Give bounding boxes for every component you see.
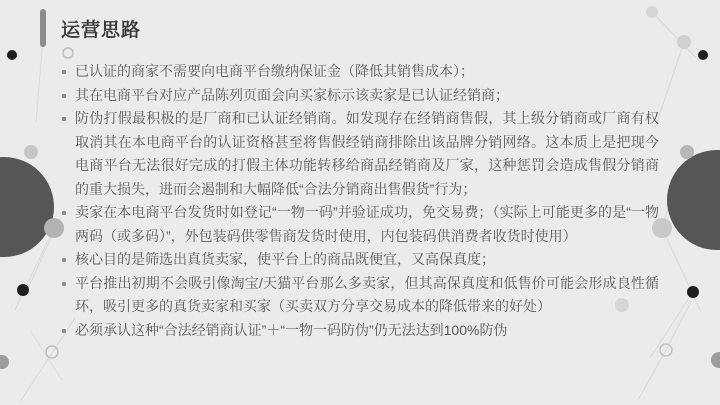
decor-line bbox=[30, 330, 62, 380]
page-title: 运营思路 bbox=[61, 15, 141, 42]
bullet-dot-icon bbox=[62, 70, 66, 74]
title-accent-bar bbox=[40, 9, 46, 47]
bullet-dot-icon bbox=[62, 117, 66, 121]
bullet-dot-icon bbox=[62, 211, 66, 215]
bullet-text: 核心目的是筛选出真货卖家，使平台上的商品既便宜，又高保真度； bbox=[75, 251, 495, 267]
bullet-text: 防伪打假最积极的是厂商和已认证经销商。如发现存在经销商售假，其上级分销商或厂商有… bbox=[75, 110, 659, 197]
decor-dark-circle bbox=[667, 150, 720, 250]
decor-gray-dot-icon bbox=[0, 355, 9, 369]
decor-black-dot-icon bbox=[698, 50, 708, 60]
slide: 运营思路 已认证的商家不需要向电商平台缴纳保证金（降低其销售成本）； 其在电商平… bbox=[0, 0, 720, 405]
bullet-text: 卖家在本电商平台发货时如登记“一物一码”并验证成功，免交易费；（实际上可能更多的… bbox=[75, 204, 659, 244]
decor-gray-dot-icon bbox=[680, 145, 694, 159]
bullet-item: 其在电商平台对应产品陈列页面会向买家标示该卖家是已认证经销商； bbox=[61, 84, 659, 108]
decor-line bbox=[662, 152, 687, 228]
bullet-item: 已认证的商家不需要向电商平台缴纳保证金（降低其销售成本）； bbox=[61, 60, 659, 84]
decor-black-dot-icon bbox=[17, 284, 29, 296]
bullet-dot-icon bbox=[62, 282, 66, 286]
decor-line bbox=[662, 228, 700, 310]
decor-line bbox=[25, 218, 60, 295]
decor-line bbox=[652, 12, 700, 62]
bullet-list: 已认证的商家不需要向电商平台缴纳保证金（降低其销售成本）； 其在电商平台对应产品… bbox=[61, 60, 659, 342]
bullet-item: 防伪打假最积极的是厂商和已认证经销商。如发现存在经销商售假，其上级分销商或厂商有… bbox=[61, 107, 659, 201]
decor-gray-dot-icon bbox=[711, 352, 720, 368]
decor-light-dot-icon bbox=[677, 35, 691, 49]
decor-line bbox=[666, 300, 692, 350]
bullet-item: 卖家在本电商平台发货时如登记“一物一码”并验证成功，免交易费；（实际上可能更多的… bbox=[61, 201, 659, 248]
decor-ring-icon bbox=[46, 346, 58, 358]
decor-dark-circle bbox=[0, 157, 54, 257]
bullet-dot-icon bbox=[62, 94, 66, 98]
decor-ring-icon bbox=[660, 344, 672, 356]
bullet-text: 必须承认这种“合法经销商认证”＋“一物一码防伪”仍无法达到100%防伪 bbox=[75, 322, 507, 338]
decor-line bbox=[655, 42, 684, 128]
decor-ring-icon bbox=[63, 48, 73, 58]
bullet-dot-icon bbox=[62, 329, 66, 333]
decor-light-dot-icon bbox=[24, 145, 38, 159]
decor-black-dot-icon bbox=[7, 50, 17, 60]
bullet-item: 必须承认这种“合法经销商认证”＋“一物一码防伪”仍无法达到100%防伪 bbox=[61, 319, 659, 343]
decor-black-dot-icon bbox=[687, 286, 699, 298]
decor-light-dot-icon bbox=[646, 6, 658, 18]
decor-line bbox=[15, 228, 54, 310]
bullet-item: 核心目的是筛选出真货卖家，使平台上的商品既便宜，又高保真度； bbox=[61, 248, 659, 272]
title-block: 运营思路 bbox=[40, 9, 141, 47]
bullet-text: 平台推出初期不会吸引像淘宝/天猫平台那么多卖家，但其高保真度和低售价可能会形成良… bbox=[75, 275, 659, 315]
bullet-item: 平台推出初期不会吸引像淘宝/天猫平台那么多卖家，但其高保真度和低售价可能会形成良… bbox=[61, 272, 659, 319]
decor-line bbox=[638, 350, 666, 400]
bullet-text: 其在电商平台对应产品陈列页面会向买家标示该卖家是已认证经销商； bbox=[75, 87, 509, 103]
bullet-dot-icon bbox=[62, 258, 66, 262]
bullet-text: 已认证的商家不需要向电商平台缴纳保证金（降低其销售成本）； bbox=[75, 63, 474, 79]
